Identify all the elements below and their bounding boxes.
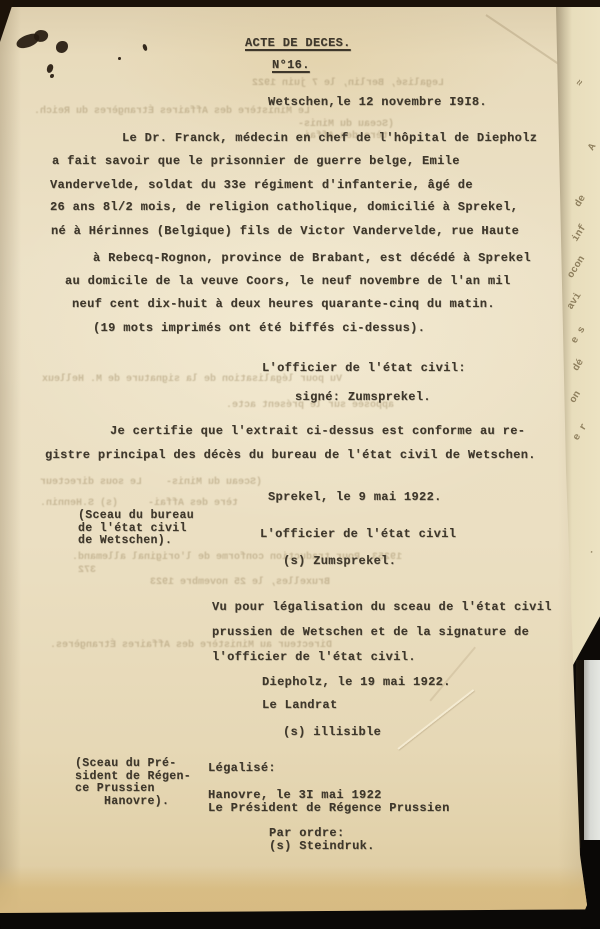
dark-background-top-edge xyxy=(0,0,600,7)
typewritten-text-line: au domicile de la veuve Coors, le neuf n… xyxy=(65,274,511,288)
typewritten-text-line: gistre principal des décès du bureau de … xyxy=(45,448,536,462)
typewritten-text-line: né à Hérinnes (Belgique) fils de Victor … xyxy=(51,224,519,238)
typewritten-text-line: l'officier de l'état civil. xyxy=(212,650,416,664)
typewritten-text-line: L'officier de l'état civil: xyxy=(262,361,466,375)
paper-crease xyxy=(485,14,562,67)
bleed-through-text-line: Bruxelles, le 25 novembre 1923 xyxy=(150,577,330,589)
typewritten-text-line: Vandervelde, soldat du 33e régiment d'in… xyxy=(50,178,473,192)
bleed-through-text-line: Vu pour légalisation de la signature de … xyxy=(42,374,342,386)
typewritten-text-line: neuf cent dix-huit à deux heures quarant… xyxy=(72,297,495,311)
typewritten-text-line: Sprekel, le 9 mai 1922. xyxy=(268,490,442,504)
paper-crease xyxy=(397,689,474,750)
typewritten-text-line: ACTE DE DECES. xyxy=(245,36,351,50)
typewritten-text-line: (s) Steindruk. xyxy=(269,840,375,853)
typewritten-text-line: a fait savoir que le prisonnier de guerr… xyxy=(52,154,460,168)
certificate-page: Legalisé, Berlin, le 7 juin 1922Le Minis… xyxy=(0,0,600,929)
bleed-through-text-line: (Sceau du Minis- Le sous directeur xyxy=(40,477,262,489)
ink-blot xyxy=(50,74,54,78)
typewritten-text-line: L'officier de l'état civil xyxy=(260,527,456,541)
typewritten-text-line: Wetschen,le 12 novembre I9I8. xyxy=(268,95,487,109)
ink-blot xyxy=(46,63,54,73)
bleed-through-text-line: Legalisé, Berlin, le 7 juin 1922 xyxy=(252,78,444,90)
typewritten-text-line: Je certifie que l'extrait ci-dessus est … xyxy=(110,424,525,438)
ink-blot xyxy=(118,57,121,60)
typewritten-text-line: Le Landrat xyxy=(262,698,338,712)
typewritten-text-line: prussien de Wetschen et de la signature … xyxy=(212,625,529,639)
typewritten-text-line: N°16. xyxy=(272,58,310,72)
ink-blot xyxy=(142,43,149,51)
typewritten-text-line: (19 mots imprimés ont été biffés ci-dess… xyxy=(93,321,425,335)
ink-blot xyxy=(56,41,68,53)
typewritten-text-line: Le Dr. Franck, médecin en chef de l'hôpi… xyxy=(122,131,537,145)
ink-blot xyxy=(33,29,49,43)
photo-of-document: ≈Adeinfoconavie sdéone r. Legalisé, Berl… xyxy=(0,0,600,929)
typewritten-text-line: (Sceau du Pré- sident de Régen- ce Pruss… xyxy=(75,758,191,808)
typewritten-text-line: (s) illisible xyxy=(283,725,381,739)
typewritten-text-line: Vu pour légalisation du sceau de l'état … xyxy=(212,600,552,614)
bleed-through-text-line: (Sceau du Minis- xyxy=(298,119,394,131)
typewritten-text-line: à Rebecq-Rognon, province de Brabant, es… xyxy=(93,251,531,265)
typewritten-text-line: Le Président de Régence Prussien xyxy=(208,802,450,815)
typewritten-text-line: 26 ans 8l/2 mois, de religion catholique… xyxy=(50,200,518,214)
typewritten-text-line: (Sceau du bureau de l'état civil de Wets… xyxy=(78,510,194,548)
bleed-through-text-line: 372 xyxy=(78,565,96,577)
typewritten-text-line: (s) Zumsprekel. xyxy=(283,554,396,568)
typewritten-text-line: signé: Zumsprekel. xyxy=(295,390,431,404)
typewritten-text-line: Diepholz, le 19 mai 1922. xyxy=(262,675,451,689)
dark-background-bottom-edge xyxy=(0,909,600,929)
typewritten-text-line: Légalisé: xyxy=(208,761,276,775)
